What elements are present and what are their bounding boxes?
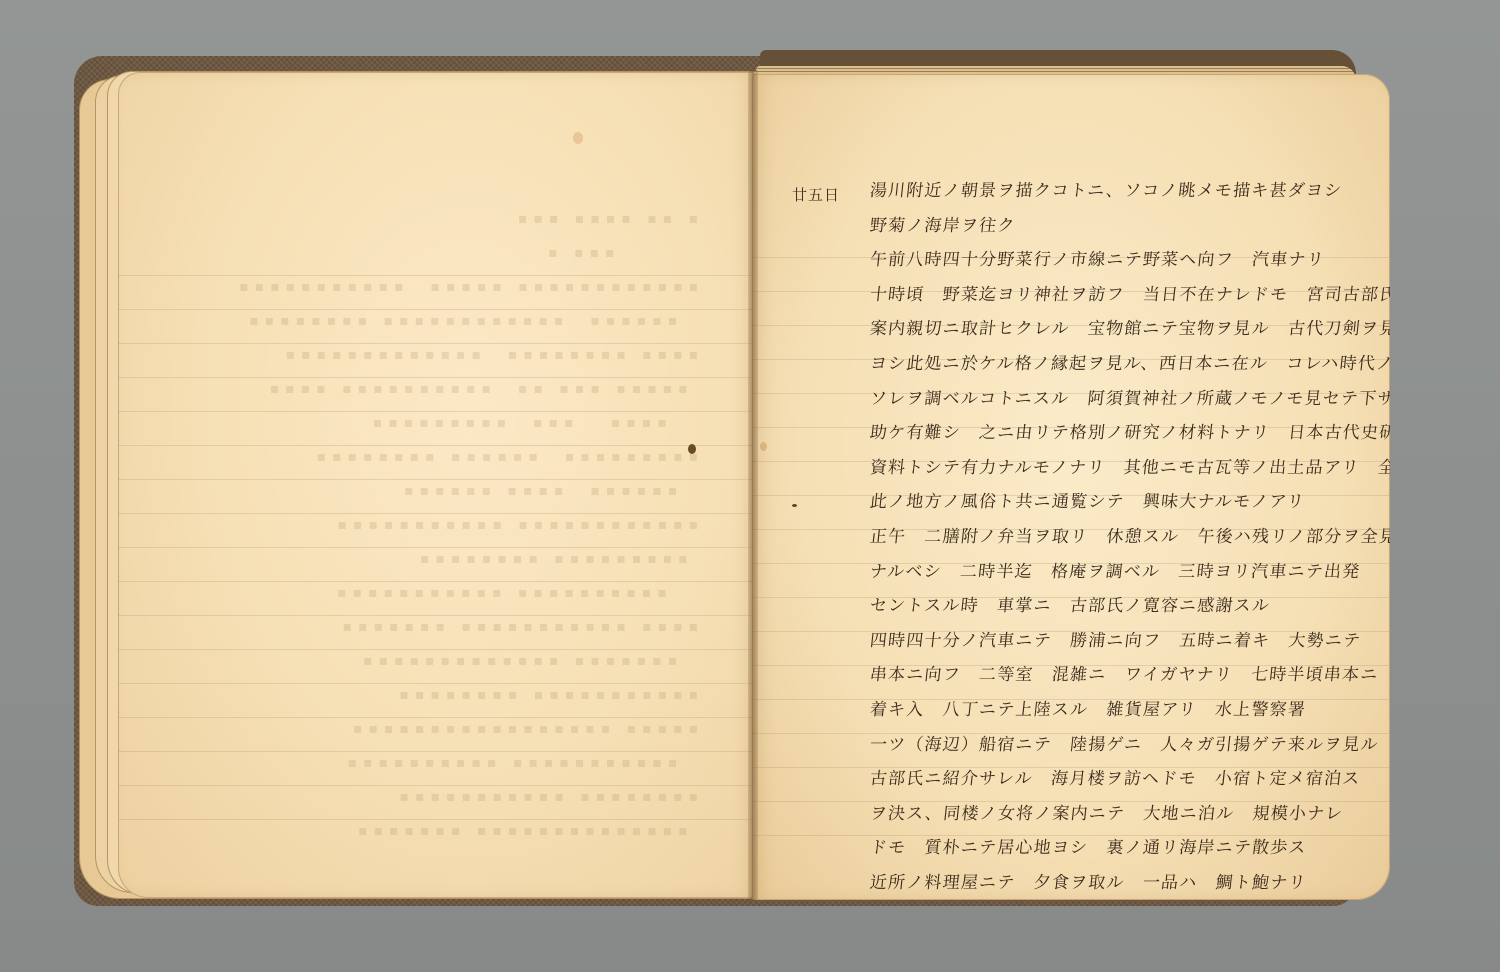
- book-gutter: [748, 70, 758, 900]
- handwritten-line: 一ツ（海辺）船宿ニテ 陸揚ゲニ 人々ガ引揚ゲテ来ルヲ見ル: [868, 728, 1382, 763]
- handwritten-line: 正午 二膳附ノ弁当ヲ取リ 休憩スル 午後ハ残リノ部分ヲ全見: [868, 520, 1382, 555]
- paper-spot: [760, 442, 767, 451]
- entry-date: 廿五日: [792, 184, 840, 205]
- left-page: ▪ ▪▪ ▪▪▪▪ ▪▪▪ ▪▪▪ ▪ ▪▪▪▪▪▪▪▪▪▪▪▪ ▪▪▪▪▪ ▪…: [118, 72, 754, 898]
- handwritten-line: 湯川附近ノ朝景ヲ描クコトニ、ソコノ眺メモ描キ甚ダヨシ: [868, 174, 1382, 209]
- ink-stain: [688, 444, 696, 454]
- handwritten-line: 古部氏ニ紹介サレル 海月楼ヲ訪ヘドモ 小宿ト定メ宿泊ス: [868, 762, 1382, 797]
- handwritten-line: 四時四十分ノ汽車ニテ 勝浦ニ向フ 五時ニ着キ 大勢ニテ: [868, 624, 1382, 659]
- handwritten-line: 近所ノ料理屋ニテ 夕食ヲ取ル 一品ハ 鯛ト鮑ナリ: [868, 866, 1382, 900]
- paper-spot: [792, 504, 797, 507]
- handwritten-line: 十時頃 野菜迄ヨリ神社ヲ訪フ 当日不在ナレドモ 宮司古部氏: [868, 278, 1382, 313]
- handwritten-line: ナルベシ 二時半迄 格庵ヲ調ベル 三時ヨリ汽車ニテ出発: [868, 555, 1382, 590]
- handwritten-line: 案内親切ニ取計ヒクレル 宝物館ニテ宝物ヲ見ル 古代刀剣ヲ見テ: [868, 312, 1382, 347]
- right-page: 廿五日 湯川附近ノ朝景ヲ描クコトニ、ソコノ眺メモ描キ甚ダヨシ 野菊ノ海岸ヲ往ク …: [752, 74, 1390, 900]
- handwritten-line: 着キ入 八丁ニテ上陸スル 雑貨屋アリ 水上警察署: [868, 693, 1382, 728]
- notebook-photo: ▪ ▪▪ ▪▪▪▪ ▪▪▪ ▪▪▪ ▪ ▪▪▪▪▪▪▪▪▪▪▪▪ ▪▪▪▪▪ ▪…: [0, 0, 1500, 972]
- handwritten-line: ソレヲ調ベルコトニスル 阿須賀神社ノ所蔵ノモノモ見セテ下サル、甚ダ: [868, 382, 1382, 417]
- handwritten-line: 野菊ノ海岸ヲ往ク: [868, 209, 1382, 244]
- handwritten-line: 資料トシテ有力ナルモノナリ 其他ニモ古瓦等ノ出土品アリ 全部ヲ見ル: [868, 451, 1382, 486]
- handwritten-line: 助ケ有難シ 之ニ由リテ格別ノ研究ノ材料トナリ 日本古代史研究: [868, 416, 1382, 451]
- handwritten-line: 午前八時四十分野菜行ノ市線ニテ野菜ヘ向フ 汽車ナリ: [868, 243, 1382, 278]
- paper-spot: [573, 132, 583, 144]
- handwritten-line: ドモ 質朴ニテ居心地ヨシ 裏ノ通リ海岸ニテ散歩ス: [868, 831, 1382, 866]
- bleed-through-text: ▪ ▪▪ ▪▪▪▪ ▪▪▪ ▪▪▪ ▪ ▪▪▪▪▪▪▪▪▪▪▪▪ ▪▪▪▪▪ ▪…: [178, 202, 698, 848]
- handwritten-line: ヲ決ス、同楼ノ女将ノ案内ニテ 大地ニ泊ル 規模小ナレ: [868, 797, 1382, 832]
- handwritten-line: ヨシ此処ニ於ケル格ノ縁起ヲ見ル、西日本ニ在ル コレハ時代ノ装束ノ: [868, 347, 1382, 382]
- handwritten-line: セントスル時 車掌ニ 古部氏ノ寛容ニ感謝スル: [868, 589, 1382, 624]
- handwritten-line: 此ノ地方ノ風俗ト共ニ通覧シテ 興味大ナルモノアリ: [868, 485, 1382, 520]
- handwritten-lines: 湯川附近ノ朝景ヲ描クコトニ、ソコノ眺メモ描キ甚ダヨシ 野菊ノ海岸ヲ往ク 午前八時…: [868, 174, 1378, 900]
- handwritten-line: 串本ニ向フ 二等室 混雑ニ ワイガヤナリ 七時半頃串本ニ: [868, 658, 1382, 693]
